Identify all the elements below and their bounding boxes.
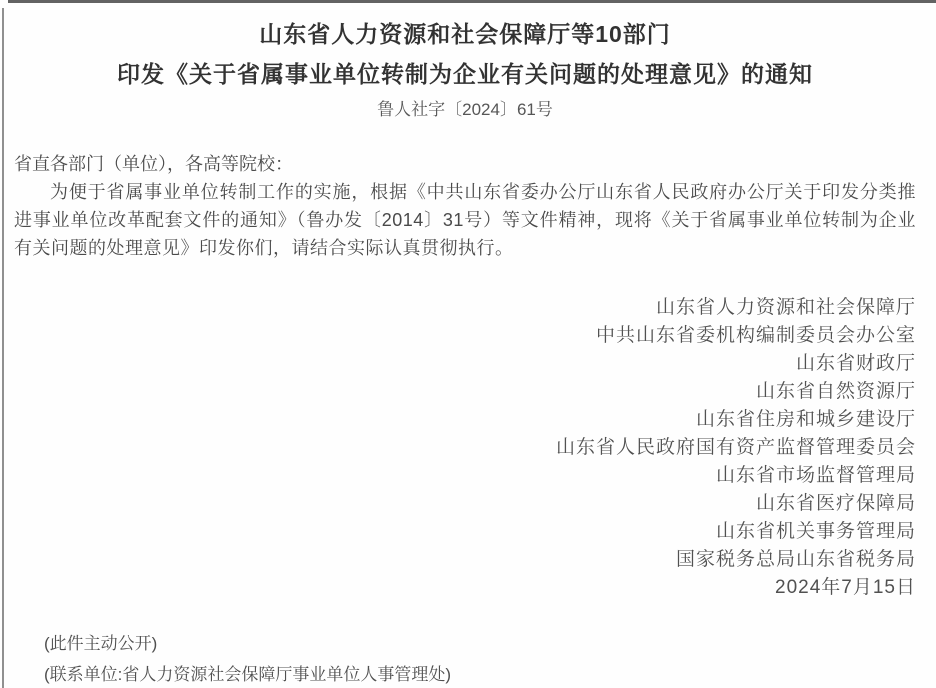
document-body: 省直各部门（单位），各高等院校： 为便于省属事业单位转制工作的实施，根据《中共山… [14, 150, 916, 262]
footnotes: (此件主动公开) (联系单位:省人力资源社会保障厅事业单位人事管理处) [14, 628, 916, 688]
signatory: 国家税务总局山东省税务局 [14, 546, 916, 574]
document-number: 鲁人社字〔2024〕61号 [14, 96, 916, 124]
footnote-public-disclosure: (此件主动公开) [44, 628, 916, 659]
document-date: 2024年7月15日 [14, 574, 916, 602]
signatory: 山东省机关事务管理局 [14, 518, 916, 546]
body-paragraph: 为便于省属事业单位转制工作的实施，根据《中共山东省委办公厅山东省人民政府办公厅关… [14, 178, 916, 262]
signatory: 山东省市场监督管理局 [14, 462, 916, 490]
signatory: 山东省住房和城乡建设厅 [14, 406, 916, 434]
signatory-list: 山东省人力资源和社会保障厅 中共山东省委机构编制委员会办公室 山东省财政厅 山东… [14, 294, 916, 602]
document-title-line-1: 山东省人力资源和社会保障厅等10部门 [14, 14, 916, 54]
signatory: 中共山东省委机构编制委员会办公室 [14, 322, 916, 350]
document-page: 山东省人力资源和社会保障厅等10部门 印发《关于省属事业单位转制为企业有关问题的… [0, 0, 936, 688]
salutation: 省直各部门（单位），各高等院校： [14, 150, 916, 178]
footnote-contact-unit: (联系单位:省人力资源社会保障厅事业单位人事管理处) [44, 659, 916, 688]
signatory: 山东省财政厅 [14, 350, 916, 378]
signatory: 山东省人力资源和社会保障厅 [14, 294, 916, 322]
signatory: 山东省人民政府国有资产监督管理委员会 [14, 434, 916, 462]
document-content: 山东省人力资源和社会保障厅等10部门 印发《关于省属事业单位转制为企业有关问题的… [0, 0, 936, 688]
signatory: 山东省医疗保障局 [14, 490, 916, 518]
document-title-line-2: 印发《关于省属事业单位转制为企业有关问题的处理意见》的通知 [14, 54, 916, 94]
document-title: 山东省人力资源和社会保障厅等10部门 印发《关于省属事业单位转制为企业有关问题的… [14, 14, 916, 94]
signatory: 山东省自然资源厅 [14, 378, 916, 406]
